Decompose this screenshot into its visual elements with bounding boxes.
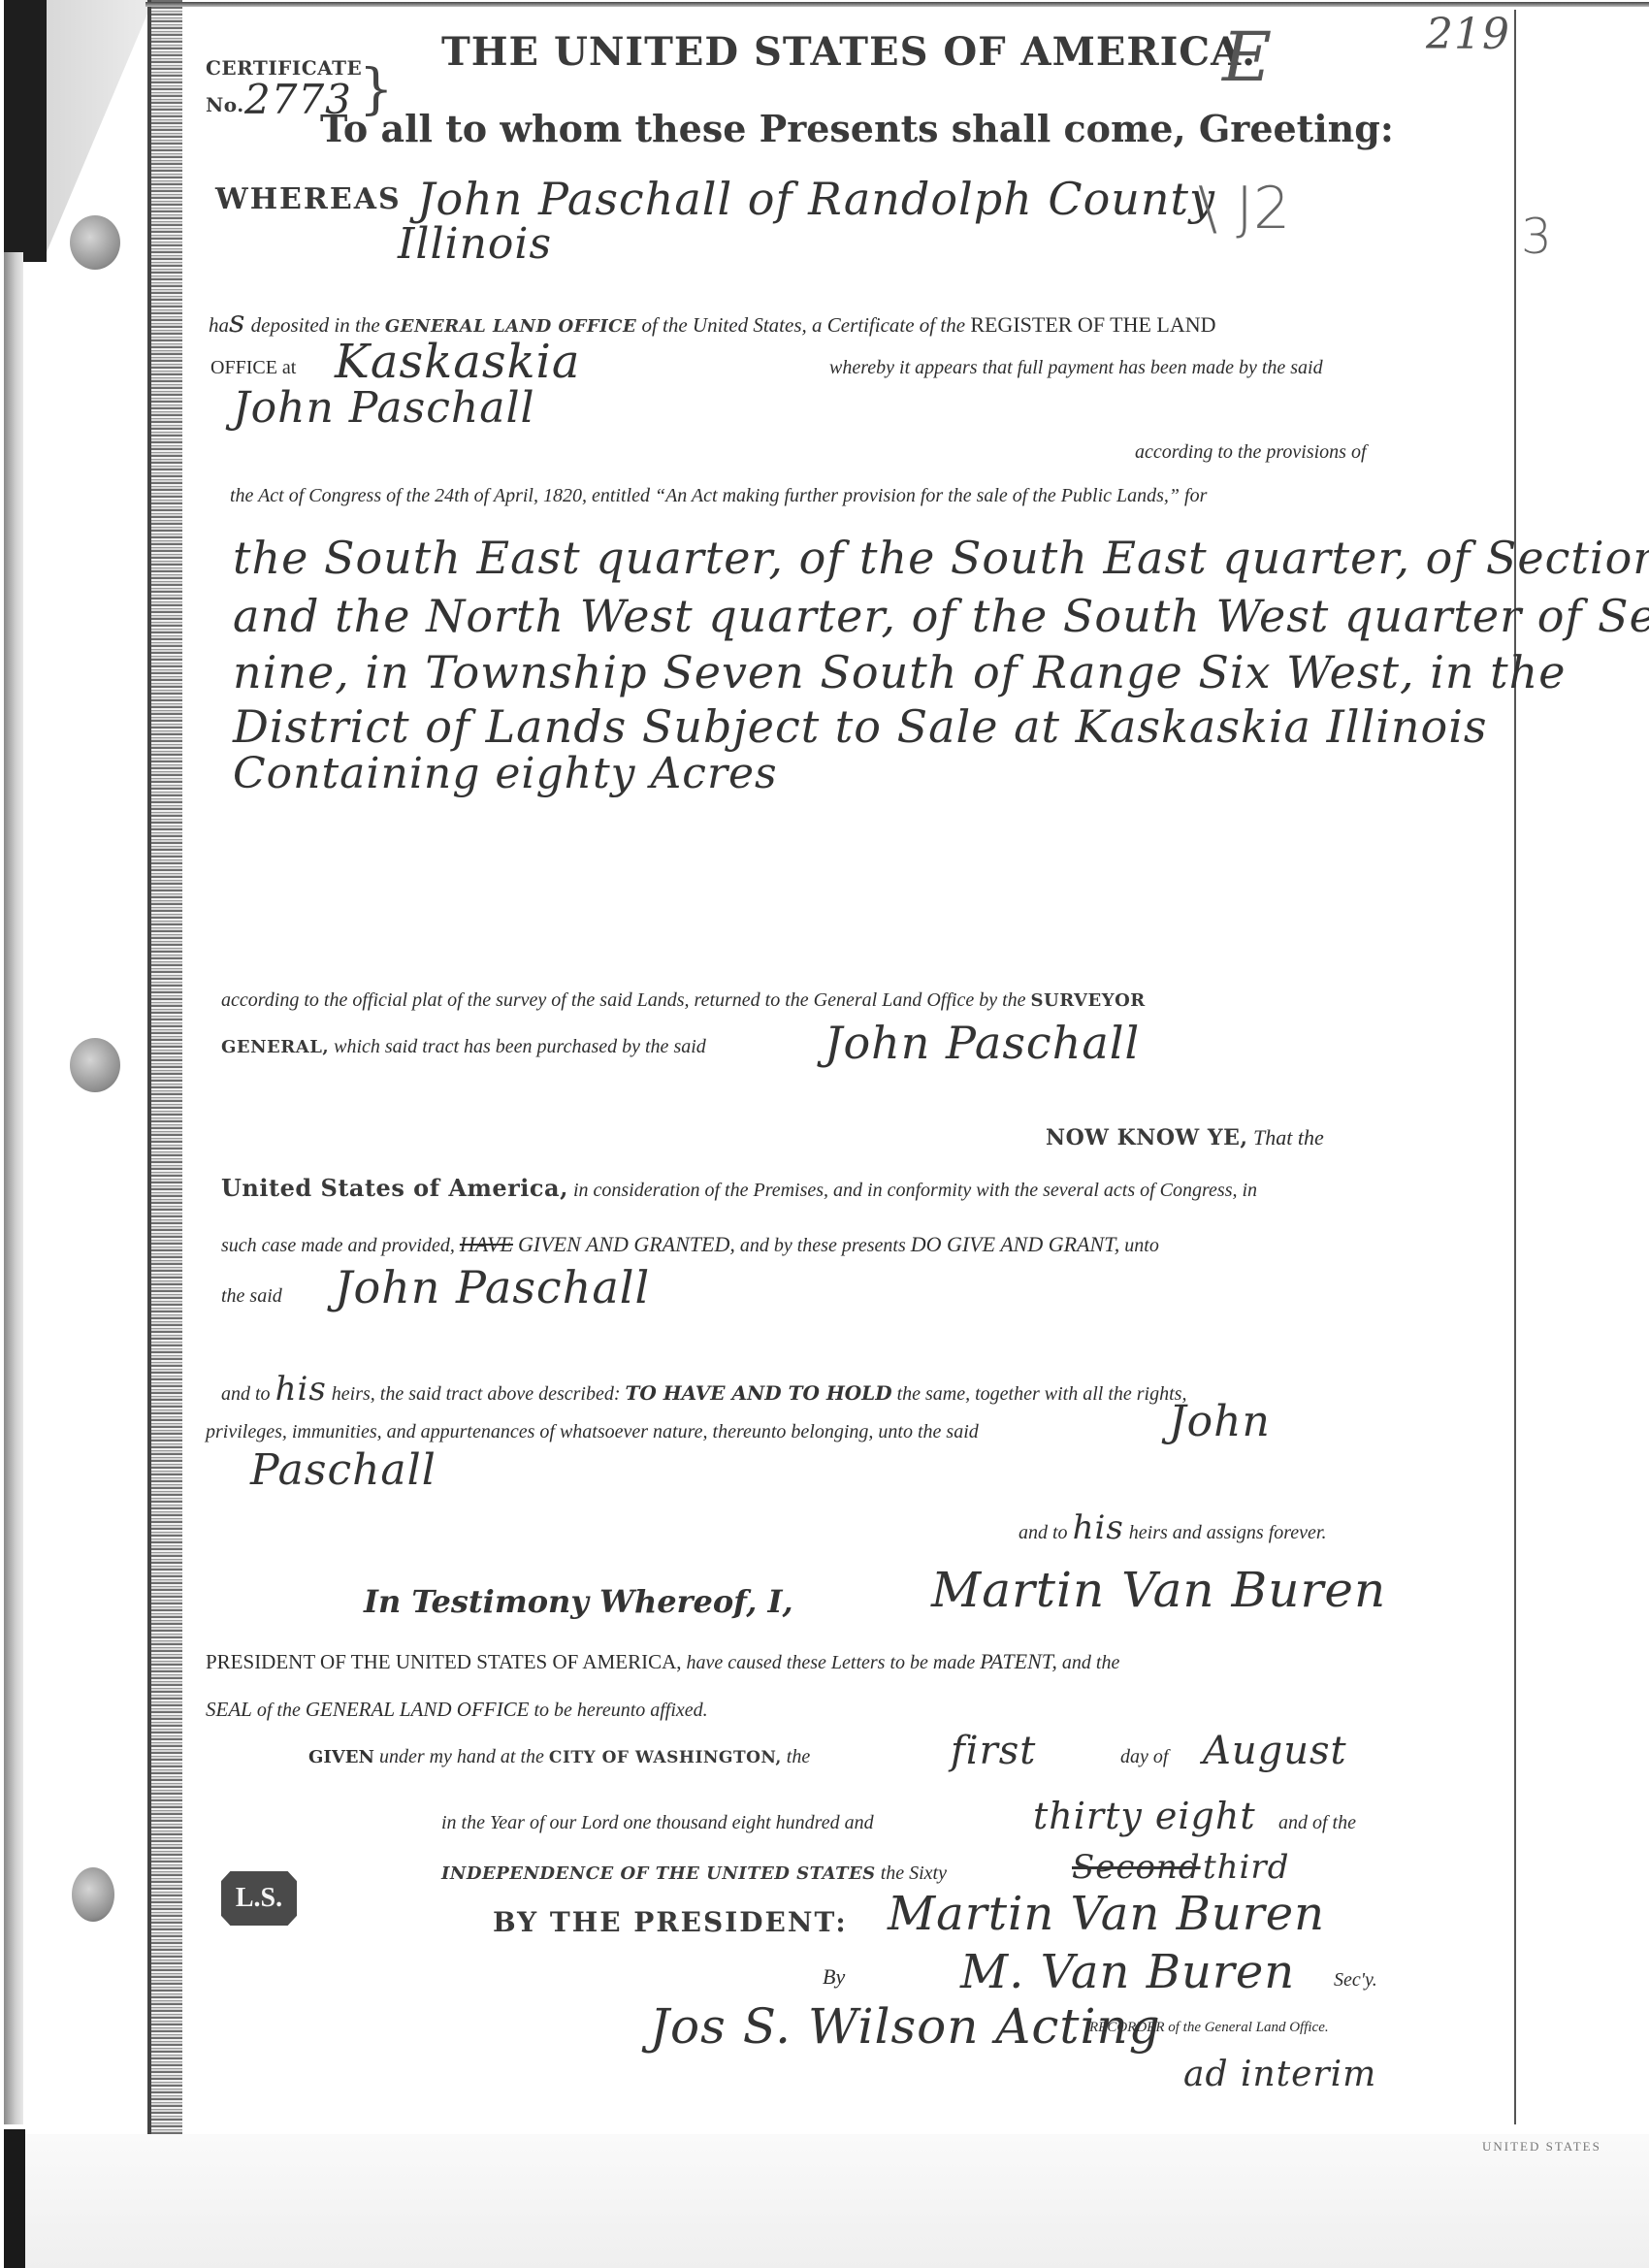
office-at-label: OFFICE at: [210, 357, 296, 379]
page-fold: [47, 0, 153, 252]
scan-shadow: [25, 2134, 1649, 2268]
payer-name: John Paschall: [233, 383, 535, 433]
provisions-text: according to the provisions of: [1135, 441, 1367, 464]
glo-label: GENERAL LAND OFFICE: [385, 316, 636, 337]
greeting: To all to whom these Presents shall come…: [320, 107, 1394, 150]
text: PRESIDENT OF THE UNITED STATES OF AMERIC…: [206, 1650, 682, 1673]
given-line: GIVEN under my hand at the CITY OF WASHI…: [308, 1746, 810, 1768]
grant-line1: United States of America, in considerati…: [221, 1174, 1257, 1202]
grantee-last-name: Paschall: [250, 1445, 436, 1495]
text: That the: [1253, 1125, 1324, 1150]
top-border: [145, 2, 1649, 7]
now-know-ye: NOW KNOW YE,: [1046, 1125, 1248, 1150]
land-description-line: and the North West quarter, of the South…: [233, 590, 1649, 642]
struck-ordinal: Second: [1072, 1848, 1201, 1887]
text: ha: [209, 313, 229, 337]
grantee-state: Illinois: [398, 219, 552, 269]
habendum-line1: and to his heirs, the said tract above d…: [221, 1370, 1186, 1409]
text: unto: [1124, 1235, 1159, 1256]
act-text: the Act of Congress of the 24th of April…: [230, 485, 1207, 507]
grantee-name-2: John Paschall: [335, 1261, 650, 1313]
day-of-label: day of: [1120, 1746, 1168, 1768]
month-value: August: [1203, 1729, 1347, 1773]
text: the: [787, 1746, 810, 1767]
purchaser-name: John Paschall: [824, 1017, 1140, 1069]
surveyor-label: SURVEYOR: [1031, 990, 1146, 1011]
cropped-footer-text: UNITED STATES: [1482, 2139, 1601, 2155]
testimony-label: In Testimony Whereof, I,: [364, 1583, 793, 1620]
and-of-the-label: and of the: [1278, 1812, 1356, 1834]
text: which said tract has been purchased by t…: [334, 1036, 706, 1057]
recorder-signature: Jos S. Wilson Acting: [650, 1998, 1161, 2055]
struck-have: HAVE: [460, 1232, 513, 1256]
by-label: By: [823, 1964, 845, 1990]
testimony-line2: SEAL of the GENERAL LAND OFFICE to be he…: [206, 1698, 708, 1722]
by-the-president-label: BY THE PRESIDENT:: [493, 1906, 848, 1938]
to-have-and-to-hold: TO HAVE AND TO HOLD: [626, 1381, 892, 1405]
right-border: [1514, 10, 1516, 2124]
grant-line2: such case made and provided, HAVE GIVEN …: [221, 1232, 1159, 1257]
glo-label: GENERAL LAND OFFICE: [306, 1698, 530, 1721]
binder-bottom: [4, 2129, 25, 2268]
given-label: GIVEN: [308, 1747, 374, 1767]
handwritten-his: his: [275, 1370, 327, 1409]
text: to be hereunto affixed.: [533, 1700, 707, 1721]
text: and to: [1018, 1522, 1068, 1543]
handwritten-s: s: [229, 303, 245, 340]
secretary-label: Sec'y.: [1334, 1969, 1377, 1992]
binder-strip: [4, 252, 23, 2124]
text: the Sixty: [881, 1863, 947, 1884]
edge-annotation: 3: [1521, 209, 1552, 265]
stacked-page-edge: [147, 0, 182, 2134]
text: and to: [221, 1383, 271, 1405]
ordinal-value: third: [1203, 1848, 1289, 1887]
land-description-line: the South East quarter, of the South Eas…: [233, 532, 1649, 584]
general-label: GENERAL,: [221, 1037, 329, 1057]
text: have caused these Letters to be made: [687, 1652, 976, 1673]
land-description-line: Containing eighty Acres: [233, 749, 778, 798]
text: according to the official plat of the su…: [221, 989, 1026, 1011]
plat-text: according to the official plat of the su…: [221, 989, 1146, 1012]
whereas-label: WHEREAS: [215, 182, 402, 216]
text: heirs, the said tract above described:: [332, 1383, 621, 1405]
letter-annotation: E: [1222, 17, 1273, 97]
president-name: Martin Van Buren: [931, 1562, 1386, 1618]
payment-text: whereby it appears that full payment has…: [829, 357, 1323, 379]
ad-interim: ad interim: [1183, 2055, 1376, 2094]
grantee-first-name: John: [1169, 1397, 1271, 1446]
usa-label: United States of America,: [221, 1174, 568, 1202]
grantee-residence: John Paschall of Randolph County: [417, 173, 1215, 225]
punch-hole-icon: [70, 215, 120, 270]
handwritten-his: his: [1073, 1508, 1124, 1547]
text: and by these presents: [740, 1235, 906, 1256]
president-signature: Martin Van Buren: [888, 1887, 1325, 1941]
land-description-line: nine, in Township Seven South of Range S…: [233, 646, 1567, 698]
now-know-ye-line: NOW KNOW YE, That the: [1046, 1125, 1324, 1150]
habendum-line2: privileges, immunities, and appurtenance…: [206, 1421, 979, 1443]
text: the same, together with all the rights,: [897, 1383, 1187, 1405]
the-said-label: the said: [221, 1285, 282, 1308]
text: such case made and provided,: [221, 1235, 455, 1256]
patent-label: PATENT,: [980, 1649, 1057, 1673]
text: deposited in the: [251, 313, 380, 337]
independence-line: INDEPENDENCE OF THE UNITED STATES the Si…: [441, 1863, 947, 1885]
seal-label: SEAL: [206, 1698, 252, 1721]
text: heirs and assigns forever.: [1129, 1522, 1327, 1543]
day-value: first: [951, 1729, 1036, 1773]
document-title: THE UNITED STATES OF AMERICA.: [441, 29, 1256, 75]
year-text: in the Year of our Lord one thousand eig…: [441, 1812, 874, 1834]
binder-edge: [4, 0, 47, 262]
given-granted: GIVEN AND GRANTED,: [518, 1232, 735, 1256]
text: and the: [1062, 1652, 1119, 1673]
text: in consideration of the Premises, and in…: [573, 1180, 1257, 1201]
secretary-signature: M. Van Buren: [960, 1945, 1295, 1999]
independence-label: INDEPENDENCE OF THE UNITED STATES: [441, 1863, 876, 1884]
do-give-grant: DO GIVE AND GRANT,: [911, 1232, 1120, 1256]
land-office-location: Kaskaskia: [335, 335, 581, 389]
text: of the: [257, 1700, 301, 1721]
text: under my hand at the: [379, 1746, 544, 1767]
pencil-annotation: \ J2: [1198, 175, 1290, 243]
punch-hole-icon: [72, 1867, 114, 1922]
text: of the United States, a Certificate of t…: [641, 313, 965, 337]
register-label: REGISTER OF THE LAND: [970, 312, 1215, 337]
city-label: CITY OF WASHINGTON,: [549, 1748, 782, 1767]
testimony-line1: PRESIDENT OF THE UNITED STATES OF AMERIC…: [206, 1649, 1119, 1674]
habendum-closing: and to his heirs and assigns forever.: [1018, 1508, 1327, 1547]
seal-icon: L.S.: [221, 1871, 297, 1926]
page-number-annotation: 219: [1426, 10, 1510, 59]
year-value: thirty eight: [1033, 1795, 1256, 1837]
punch-hole-icon: [70, 1038, 120, 1092]
land-description-line: District of Lands Subject to Sale at Kas…: [233, 700, 1488, 753]
purchase-text: GENERAL, which said tract has been purch…: [221, 1036, 706, 1058]
recorder-title: RECORDER of the General Land Office.: [1089, 2020, 1329, 2036]
certificate-no-label: No.: [206, 93, 244, 116]
